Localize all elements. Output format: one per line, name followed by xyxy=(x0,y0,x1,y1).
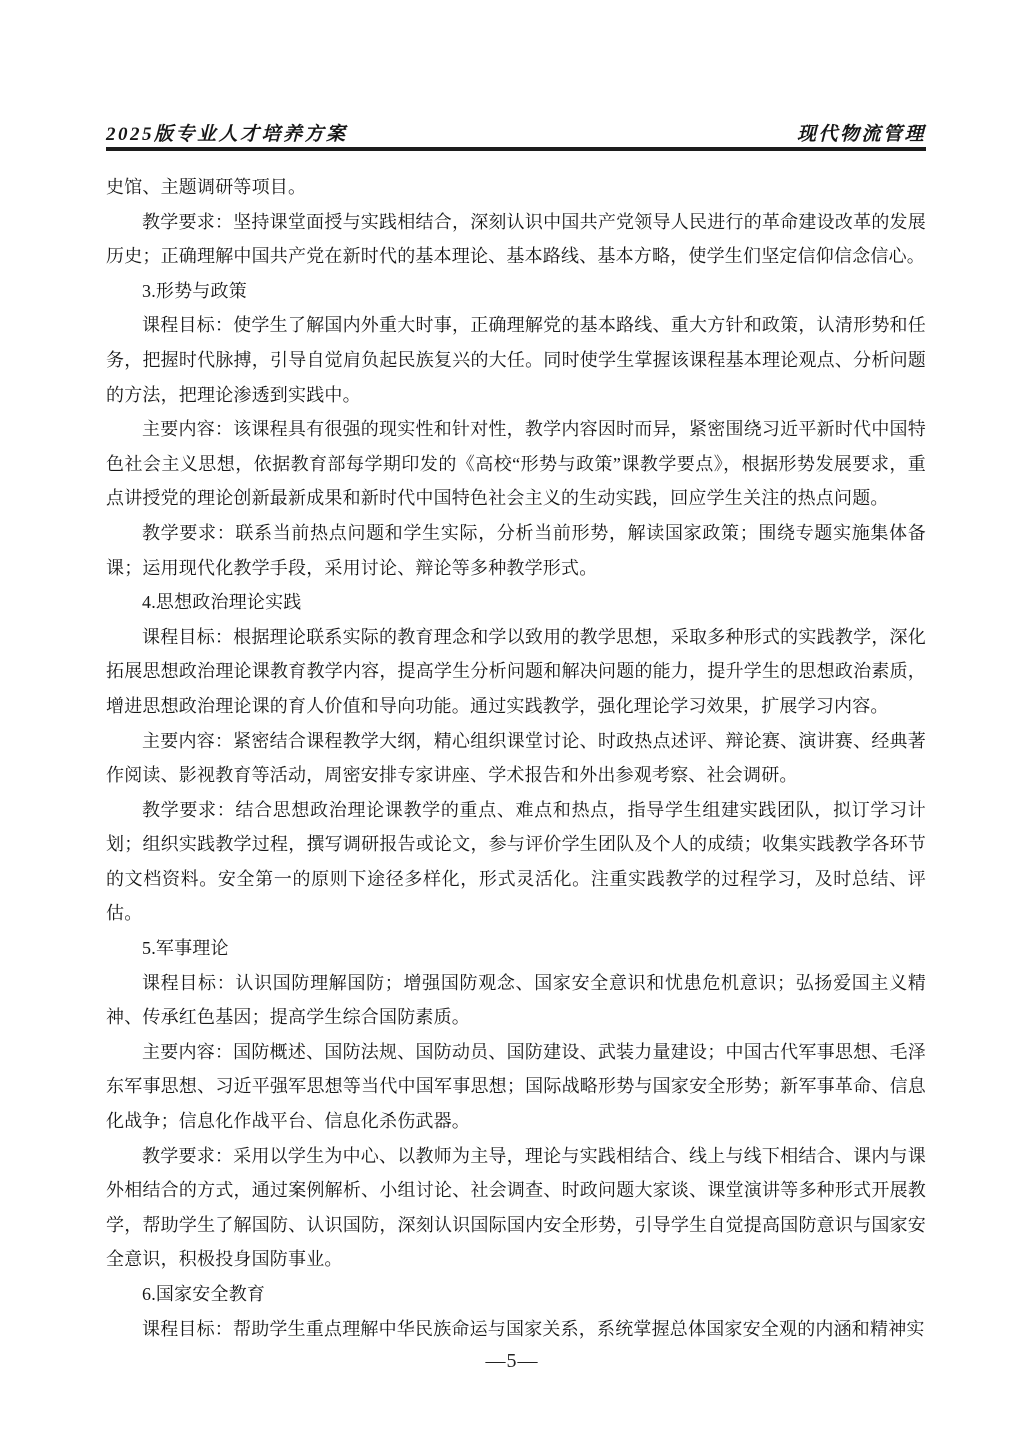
body-text: 史馆、主题调研等项目。教学要求：坚持课堂面授与实践相结合，深刻认识中国共产党领导… xyxy=(106,170,926,1346)
paragraph: 教学要求：采用以学生为中心、以教师为主导，理论与实践相结合、线上与线下相结合、课… xyxy=(106,1139,926,1277)
paragraph: 教学要求：坚持课堂面授与实践相结合，深刻认识中国共产党领导人民进行的革命建设改革… xyxy=(106,205,926,274)
paragraph: 4.思想政治理论实践 xyxy=(106,585,926,620)
document-page: 2025版专业人才培养方案 现代物流管理 史馆、主题调研等项目。教学要求：坚持课… xyxy=(0,0,1024,1448)
paragraph: 6.国家安全教育 xyxy=(106,1277,926,1312)
paragraph: 教学要求：联系当前热点问题和学生实际，分析当前形势，解读国家政策；围绕专题实施集… xyxy=(106,516,926,585)
paragraph: 主要内容：国防概述、国防法规、国防动员、国防建设、武装力量建设；中国古代军事思想… xyxy=(106,1035,926,1139)
paragraph: 课程目标：认识国防理解国防；增强国防观念、国家安全意识和忧患危机意识；弘扬爱国主… xyxy=(106,966,926,1035)
page-footer: —5— xyxy=(0,1350,1024,1373)
paragraph: 课程目标：帮助学生重点理解中华民族命运与国家关系，系统掌握总体国家安全观的内涵和… xyxy=(106,1312,926,1347)
page-number: —5— xyxy=(486,1350,539,1372)
header-left-title: 2025版专业人才培养方案 xyxy=(106,119,348,146)
page-header: 2025版专业人才培养方案 现代物流管理 xyxy=(106,119,926,146)
header-double-rule xyxy=(106,147,926,151)
paragraph: 主要内容：该课程具有很强的现实性和针对性，教学内容因时而异，紧密围绕习近平新时代… xyxy=(106,412,926,516)
paragraph: 主要内容：紧密结合课程教学大纲，精心组织课堂讨论、时政热点述评、辩论赛、演讲赛、… xyxy=(106,724,926,793)
paragraph: 课程目标：使学生了解国内外重大时事，正确理解党的基本路线、重大方针和政策，认清形… xyxy=(106,308,926,412)
paragraph: 教学要求：结合思想政治理论课教学的重点、难点和热点，指导学生组建实践团队，拟订学… xyxy=(106,793,926,931)
paragraph: 3.形势与政策 xyxy=(106,274,926,309)
paragraph: 5.军事理论 xyxy=(106,931,926,966)
header-right-title: 现代物流管理 xyxy=(797,119,926,146)
paragraph: 史馆、主题调研等项目。 xyxy=(106,170,926,205)
paragraph: 课程目标：根据理论联系实际的教育理念和学以致用的教学思想，采取多种形式的实践教学… xyxy=(106,620,926,724)
